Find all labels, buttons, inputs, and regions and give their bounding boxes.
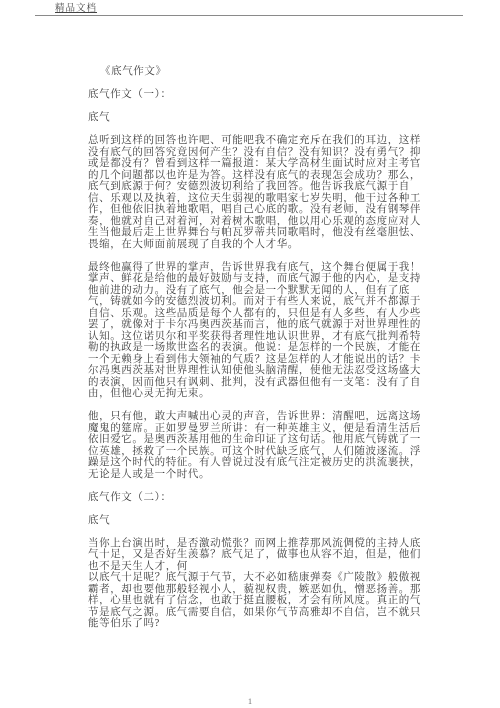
paragraph-1: 总听到这样的回答也许吧、可能吧我不确定充斥在我们的耳边，这样没有底气的回答究竟因… bbox=[88, 135, 422, 250]
document-page: 精品文档 《底气作文》 底气作文（一）： 底气 总听到这样的回答也许吧、可能吧我… bbox=[0, 0, 500, 708]
essay-title: 《底气作文》 bbox=[100, 66, 422, 78]
section-heading-1: 底气作文（一）： bbox=[88, 89, 422, 101]
paragraph-2: 最终他赢得了世界的掌声，告诉世界我有底气，这个舞台便属于我！掌声、鲜花是给他的最… bbox=[88, 262, 422, 400]
header-label: 精品文档 bbox=[55, 4, 97, 15]
paragraph-3: 他，只有他，敢大声喊出心灵的声音，告诉世界：清醒吧，远离这场魔鬼的筵席。正如罗曼… bbox=[88, 411, 422, 480]
essay-subtitle-2: 底气 bbox=[88, 515, 422, 527]
document-body: 《底气作文》 底气作文（一）： 底气 总听到这样的回答也许吧、可能吧我不确定充斥… bbox=[88, 66, 422, 641]
page-number: 1 bbox=[0, 696, 500, 706]
paragraph-4: 当你上台演出时，是否激动慌张？而网上推荐那风流倜傥的主持人底气十足，又是否好生羡… bbox=[88, 538, 422, 630]
header-rule bbox=[35, 15, 463, 16]
section-heading-2: 底气作文（二）： bbox=[88, 492, 422, 504]
essay-subtitle-1: 底气 bbox=[88, 112, 422, 124]
